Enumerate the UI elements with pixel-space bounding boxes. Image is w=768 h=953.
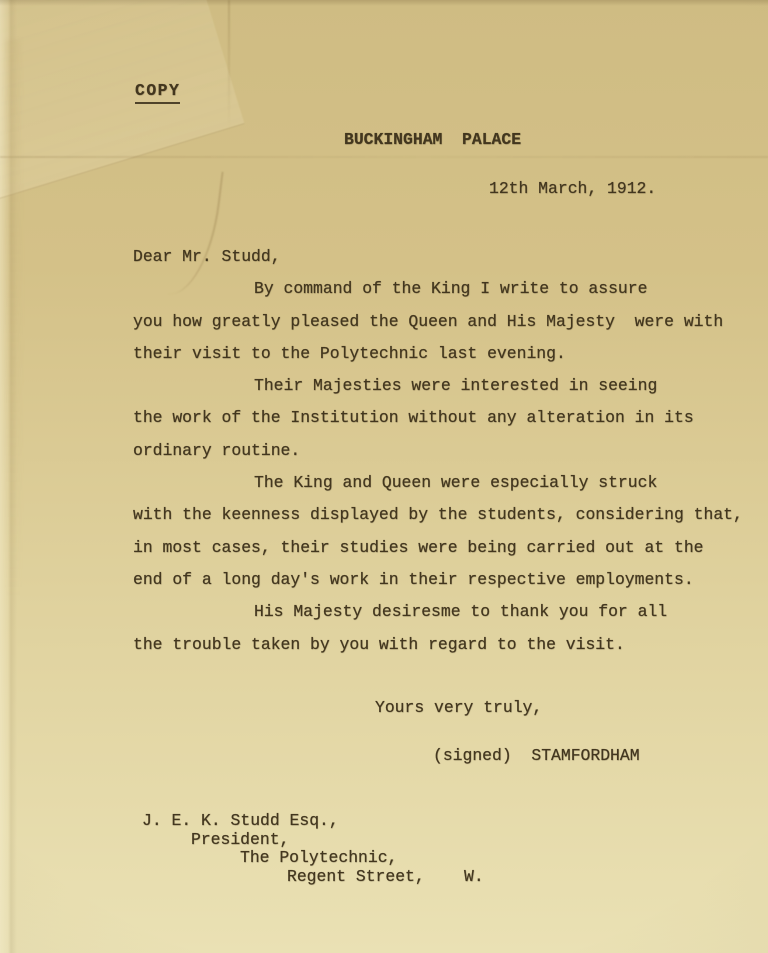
body-line: Their Majesties were interested in seein… — [133, 370, 753, 402]
letterhead: BUCKINGHAM PALACE — [344, 132, 521, 148]
body-line: ordinary routine. — [133, 435, 753, 467]
body-line: end of a long day's work in their respec… — [133, 564, 753, 596]
salutation: Dear Mr. Studd, — [133, 241, 753, 273]
signature: (signed) STAMFORDHAM — [433, 748, 640, 764]
copy-label: COPY — [135, 81, 180, 104]
left-edge-stain — [6, 40, 20, 600]
address-line: President, — [191, 831, 484, 850]
body-line: in most cases, their studies were being … — [133, 532, 753, 564]
corner-fold-crease — [0, 0, 245, 209]
body-line: His Majesty desiresme to thank you for a… — [133, 596, 753, 628]
body-line: their visit to the Polytechnic last even… — [133, 338, 753, 370]
address-line: Regent Street, W. — [287, 868, 484, 887]
vertical-crease-mark — [228, 0, 230, 128]
letter-body: Dear Mr. Studd, By command of the King I… — [133, 241, 753, 661]
address-line: The Polytechnic, — [240, 849, 484, 868]
body-line: you how greatly pleased the Queen and Hi… — [133, 306, 753, 338]
body-line: the trouble taken by you with regard to … — [133, 629, 753, 661]
letter-paper: COPY BUCKINGHAM PALACE 12th March, 1912.… — [0, 0, 768, 953]
paper-top-edge-shadow — [0, 0, 768, 6]
recipient-address: J. E. K. Studd Esq., President, The Poly… — [142, 812, 484, 886]
address-line: J. E. K. Studd Esq., — [142, 812, 484, 831]
body-line: The King and Queen were especially struc… — [133, 467, 753, 499]
body-line: with the keenness displayed by the stude… — [133, 499, 753, 531]
closing: Yours very truly, — [375, 700, 542, 716]
date-line: 12th March, 1912. — [489, 181, 656, 197]
horizontal-crease-mark — [0, 156, 768, 158]
body-line: By command of the King I write to assure — [133, 273, 753, 305]
body-line: the work of the Institution without any … — [133, 402, 753, 434]
